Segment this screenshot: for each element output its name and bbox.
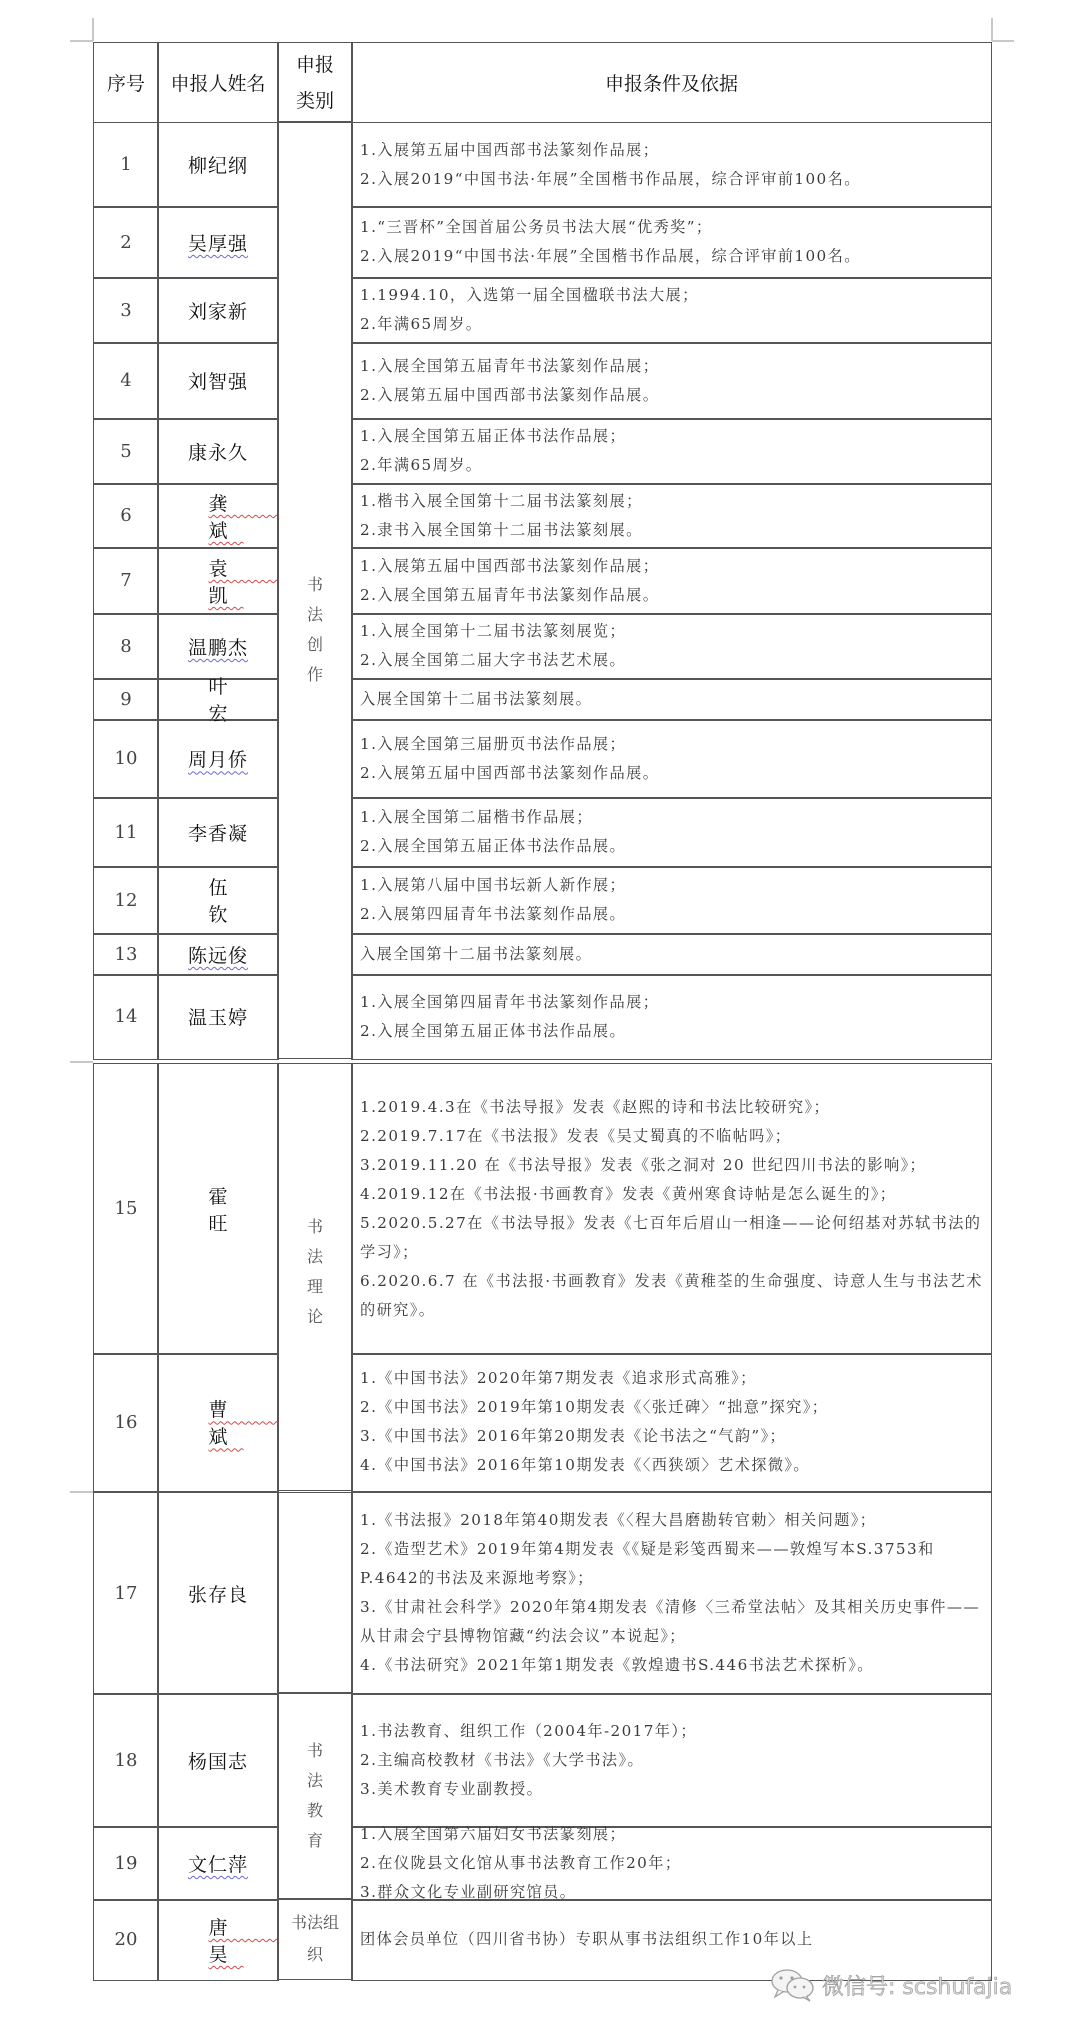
applicant-name: 吴厚强 xyxy=(188,229,248,256)
row-number: 5 xyxy=(120,441,131,462)
category-char: 教 xyxy=(307,1796,323,1826)
category-organization: 书法组织 xyxy=(277,1898,353,1980)
criteria-cell: 1.书法教育、组织工作（2004年-2017年）；2.主编高校教材《书法》《大学… xyxy=(351,1693,992,1828)
criteria-cell: 1.入展全国第六届妇女书法篆刻展；2.在仪陇县文化馆从事书法教育工作20年；3.… xyxy=(351,1826,992,1901)
category-theory: 书法理论 xyxy=(277,1063,353,1491)
category-education-label: 书法教育 xyxy=(307,1736,323,1856)
row-number-cell: 2 xyxy=(93,206,159,279)
applicant-name: 袁 凯 xyxy=(158,554,278,608)
header-name: 申报人姓名 xyxy=(157,42,279,123)
applicant-name: 陈远俊 xyxy=(188,941,248,968)
criteria-item: 1.1994.10，入选第一届全国楹联书法大展； xyxy=(360,281,699,310)
criteria-cell: 1.入展全国第五届正体书法作品展；2.年满65周岁。 xyxy=(351,418,992,485)
criteria-item: 1.入展全国第二届楷书作品展； xyxy=(360,803,626,832)
wechat-icon xyxy=(770,1968,816,2002)
row-number-cell: 16 xyxy=(93,1353,159,1492)
crop-mark-v-top xyxy=(92,18,94,41)
category-char: 理 xyxy=(307,1272,323,1302)
criteria-item: 3.2019.11.20 在《书法导报》发表《张之洞对 20 世纪四川书法的影响… xyxy=(360,1151,983,1180)
criteria-item: 3.《甘肃社会科学》2020年第4期发表《清修〈三希堂法帖〉及其相关历史事件——… xyxy=(360,1593,983,1651)
criteria-cell: 1.入展全国第五届青年书法篆刻作品展；2.入展第五届中国西部书法篆刻作品展。 xyxy=(351,342,992,420)
criteria-cell: 1.入展全国第二届楷书作品展；2.入展全国第五届正体书法作品展。 xyxy=(351,797,992,868)
criteria-list: 1.入展全国第二届楷书作品展；2.入展全国第五届正体书法作品展。 xyxy=(360,803,626,861)
criteria-cell: 1.《中国书法》2020年第7期发表《追求形式高雅》；2.《中国书法》2019年… xyxy=(351,1353,992,1492)
row-number-cell: 6 xyxy=(93,483,159,549)
applicant-name: 周月侨 xyxy=(188,745,248,772)
header-criteria: 申报条件及依据 xyxy=(351,42,992,123)
criteria-item: 1.入展第五届中国西部书法篆刻作品展； xyxy=(360,552,659,581)
applicant-name-cell: 陈远俊 xyxy=(157,933,279,976)
criteria-item: 2.在仪陇县文化馆从事书法教育工作20年； xyxy=(360,1849,681,1878)
row-number: 3 xyxy=(120,300,131,321)
criteria-cell: 1.入展第八届中国书坛新人新作展；2.入展第四届青年书法篆刻作品展。 xyxy=(351,866,992,935)
row-number-cell: 20 xyxy=(93,1899,159,1981)
row-number: 6 xyxy=(120,505,131,526)
page-break-line-2 xyxy=(70,1491,93,1493)
category-char: 书 xyxy=(307,570,323,600)
criteria-item: 1.楷书入展全国第十二届书法篆刻展； xyxy=(360,487,643,516)
criteria-list: 1.“三晋杯”全国首届公务员书法大展“优秀奖”；2.入展2019“中国书法·年展… xyxy=(360,213,861,271)
criteria-item: 1.“三晋杯”全国首届公务员书法大展“优秀奖”； xyxy=(360,213,861,242)
applicant-name-cell: 柳纪纲 xyxy=(157,122,279,208)
applicant-name-cell: 袁 凯 xyxy=(157,547,279,615)
category-char: 书 xyxy=(307,1736,323,1766)
row-number: 1 xyxy=(120,154,131,175)
criteria-item: 1.入展全国第三届册页书法作品展； xyxy=(360,730,659,759)
criteria-list: 1.入展全国第四届青年书法篆刻作品展；2.入展全国第五届正体书法作品展。 xyxy=(360,988,659,1046)
row-number: 2 xyxy=(120,232,131,253)
applicant-name: 伍 钦 xyxy=(158,873,278,927)
criteria-item: 2.入展全国第五届正体书法作品展。 xyxy=(360,832,626,861)
row-number: 15 xyxy=(115,1198,138,1219)
criteria-item: 团体会员单位（四川省书协）专职从事书法组织工作10年以上 xyxy=(360,1925,813,1954)
criteria-item: 1.入展第八届中国书坛新人新作展； xyxy=(360,871,626,900)
applicant-name: 霍 旺 xyxy=(158,1182,278,1236)
applicant-name: 杨国志 xyxy=(188,1747,248,1774)
row-number: 20 xyxy=(115,1929,138,1950)
applicant-name: 刘智强 xyxy=(188,367,248,394)
category-creation-label: 书法创作 xyxy=(307,570,323,690)
crop-mark-v-top-right xyxy=(991,18,993,41)
criteria-item: 2.年满65周岁。 xyxy=(360,451,626,480)
applicant-name-cell: 李香凝 xyxy=(157,797,279,868)
applicant-name: 龚 斌 xyxy=(158,489,278,543)
applicant-name-cell: 唐 昊 xyxy=(157,1899,279,1981)
row-number: 19 xyxy=(115,1853,138,1874)
row-number: 14 xyxy=(115,1006,138,1027)
wechat-watermark: 微信号: scshufajia xyxy=(770,1968,1012,2002)
applicant-name-cell: 温玉婷 xyxy=(157,974,279,1060)
row-number-cell: 7 xyxy=(93,547,159,615)
row-number-cell: 8 xyxy=(93,613,159,680)
criteria-list: 1.楷书入展全国第十二届书法篆刻展；2.隶书入展全国第十二届书法篆刻展。 xyxy=(360,487,643,545)
criteria-item: 2.《造型艺术》2019年第4期发表《《疑是彩笺西蜀来——敦煌写本S.3753和… xyxy=(360,1535,983,1593)
criteria-item: 2.入展第四届青年书法篆刻作品展。 xyxy=(360,900,626,929)
criteria-item: 3.美术教育专业副教授。 xyxy=(360,1775,697,1804)
row-number: 12 xyxy=(115,890,138,911)
applicant-name-cell: 霍 旺 xyxy=(157,1063,279,1355)
criteria-list: 入展全国第十二届书法篆刻展。 xyxy=(360,685,592,714)
applicant-name-cell: 叶 宏 xyxy=(157,678,279,721)
criteria-item: 1.《书法报》2018年第40期发表《〈程大昌磨勘转官勅〉相关问题》； xyxy=(360,1506,983,1535)
row-number: 8 xyxy=(120,636,131,657)
row-number-cell: 10 xyxy=(93,719,159,799)
criteria-item: 2.年满65周岁。 xyxy=(360,310,699,339)
criteria-list: 1.入展全国第五届正体书法作品展；2.年满65周岁。 xyxy=(360,422,626,480)
criteria-item: 2.入展第五届中国西部书法篆刻作品展。 xyxy=(360,759,659,788)
criteria-list: 1.《中国书法》2020年第7期发表《追求形式高雅》；2.《中国书法》2019年… xyxy=(360,1364,828,1480)
criteria-item: 1.2019.4.3在《书法导报》发表《赵熙的诗和书法比较研究》； xyxy=(360,1093,983,1122)
header-category-label: 申报类别 xyxy=(292,47,338,119)
applicant-name: 文仁萍 xyxy=(188,1850,248,1877)
criteria-list: 团体会员单位（四川省书协）专职从事书法组织工作10年以上 xyxy=(360,1925,813,1954)
criteria-item: 1.入展全国第四届青年书法篆刻作品展； xyxy=(360,988,659,1017)
row-number: 7 xyxy=(120,570,131,591)
row-number-cell: 17 xyxy=(93,1492,159,1695)
criteria-cell: 1.楷书入展全国第十二届书法篆刻展；2.隶书入展全国第十二届书法篆刻展。 xyxy=(351,483,992,549)
criteria-cell: 1.入展第五届中国西部书法篆刻作品展；2.入展2019“中国书法·年展”全国楷书… xyxy=(351,122,992,208)
applicant-name-cell: 曹 斌 xyxy=(157,1353,279,1492)
criteria-item: 2.《中国书法》2019年第10期发表《〈张迁碑〉“拙意”探究》； xyxy=(360,1393,828,1422)
criteria-list: 1.入展全国第五届青年书法篆刻作品展；2.入展第五届中国西部书法篆刻作品展。 xyxy=(360,352,659,410)
criteria-item: 2.入展第五届中国西部书法篆刻作品展。 xyxy=(360,381,659,410)
row-number-cell: 14 xyxy=(93,974,159,1060)
category-theory-label: 书法理论 xyxy=(307,1212,323,1332)
applicant-name-cell: 文仁萍 xyxy=(157,1826,279,1901)
applicant-name-cell: 龚 斌 xyxy=(157,483,279,549)
criteria-item: 入展全国第十二届书法篆刻展。 xyxy=(360,940,592,969)
header-seq-label: 序号 xyxy=(107,69,145,96)
watermark-text: 微信号: scshufajia xyxy=(822,1970,1012,2001)
criteria-cell: 1.入展全国第四届青年书法篆刻作品展；2.入展全国第五届正体书法作品展。 xyxy=(351,974,992,1060)
criteria-cell: 1.《书法报》2018年第40期发表《〈程大昌磨勘转官勅〉相关问题》；2.《造型… xyxy=(351,1492,992,1695)
criteria-item: 3.《中国书法》2016年第20期发表《论书法之“气韵”》； xyxy=(360,1422,828,1451)
header-criteria-label: 申报条件及依据 xyxy=(605,69,738,96)
row-number-cell: 9 xyxy=(93,678,159,721)
row-number-cell: 15 xyxy=(93,1063,159,1355)
criteria-item: 2.入展2019“中国书法·年展”全国楷书作品展，综合评审前100名。 xyxy=(360,242,861,271)
criteria-item: 2.入展全国第二届大字书法艺术展。 xyxy=(360,646,626,675)
criteria-item: 4.《中国书法》2016年第10期发表《〈西狭颂〉艺术探微》。 xyxy=(360,1451,828,1480)
criteria-item: 1.入展全国第六届妇女书法篆刻展； xyxy=(360,1820,681,1849)
page-break-line-1 xyxy=(70,1061,93,1063)
row-number: 9 xyxy=(120,689,131,710)
category-empty-17 xyxy=(277,1492,353,1694)
row-number: 16 xyxy=(115,1412,138,1433)
criteria-item: 1.入展第五届中国西部书法篆刻作品展； xyxy=(360,136,861,165)
criteria-cell: 1.入展全国第十二届书法篆刻展览；2.入展全国第二届大字书法艺术展。 xyxy=(351,613,992,680)
applicant-name-cell: 张存良 xyxy=(157,1492,279,1695)
criteria-list: 入展全国第十二届书法篆刻展。 xyxy=(360,940,592,969)
category-char: 法 xyxy=(307,600,323,630)
row-number-cell: 1 xyxy=(93,122,159,208)
criteria-cell: 入展全国第十二届书法篆刻展。 xyxy=(351,933,992,976)
applicant-name-cell: 吴厚强 xyxy=(157,206,279,279)
applicant-name-cell: 周月侨 xyxy=(157,719,279,799)
header-seq: 序号 xyxy=(93,42,159,123)
criteria-item: 1.入展全国第五届正体书法作品展； xyxy=(360,422,626,451)
criteria-cell: 1.2019.4.3在《书法导报》发表《赵熙的诗和书法比较研究》；2.2019.… xyxy=(351,1063,992,1355)
criteria-item: 2.隶书入展全国第十二届书法篆刻展。 xyxy=(360,516,643,545)
criteria-list: 1.2019.4.3在《书法导报》发表《赵熙的诗和书法比较研究》；2.2019.… xyxy=(360,1093,983,1325)
criteria-list: 1.入展全国第三届册页书法作品展；2.入展第五届中国西部书法篆刻作品展。 xyxy=(360,730,659,788)
category-organization-label: 书法组织 xyxy=(286,1907,344,1971)
applicant-name-cell: 杨国志 xyxy=(157,1693,279,1828)
header-category: 申报类别 xyxy=(277,42,353,123)
applicant-name: 温鹏杰 xyxy=(188,633,248,660)
category-char: 育 xyxy=(307,1826,323,1856)
applicant-name: 刘家新 xyxy=(188,297,248,324)
category-char: 论 xyxy=(307,1302,323,1332)
row-number-cell: 13 xyxy=(93,933,159,976)
row-number-cell: 11 xyxy=(93,797,159,868)
criteria-cell: 1.入展全国第三届册页书法作品展；2.入展第五届中国西部书法篆刻作品展。 xyxy=(351,719,992,799)
criteria-list: 1.入展全国第六届妇女书法篆刻展；2.在仪陇县文化馆从事书法教育工作20年；3.… xyxy=(360,1820,681,1907)
row-number-cell: 3 xyxy=(93,277,159,344)
crop-mark-h-top-right xyxy=(992,40,1014,42)
category-char: 书 xyxy=(307,1212,323,1242)
criteria-item: 1.入展全国第五届青年书法篆刻作品展； xyxy=(360,352,659,381)
applicant-name-cell: 刘家新 xyxy=(157,277,279,344)
criteria-list: 1.入展第八届中国书坛新人新作展；2.入展第四届青年书法篆刻作品展。 xyxy=(360,871,626,929)
criteria-list: 1.《书法报》2018年第40期发表《〈程大昌磨勘转官勅〉相关问题》；2.《造型… xyxy=(360,1506,983,1680)
criteria-cell: 1.“三晋杯”全国首届公务员书法大展“优秀奖”；2.入展2019“中国书法·年展… xyxy=(351,206,992,279)
row-number-cell: 19 xyxy=(93,1826,159,1901)
applicant-name-cell: 伍 钦 xyxy=(157,866,279,935)
category-char: 作 xyxy=(307,660,323,690)
criteria-item: 6.2020.6.7 在《书法报·书画教育》发表《黄稚荃的生命强度、诗意人生与书… xyxy=(360,1267,983,1325)
criteria-item: 2.2019.7.17在《书法报》发表《吴丈蜀真的不临帖吗》； xyxy=(360,1122,983,1151)
applicant-name: 李香凝 xyxy=(188,819,248,846)
crop-mark-h-top xyxy=(70,40,93,42)
criteria-cell: 1.入展第五届中国西部书法篆刻作品展；2.入展全国第五届青年书法篆刻作品展。 xyxy=(351,547,992,615)
applicant-name-cell: 刘智强 xyxy=(157,342,279,420)
applicant-name: 温玉婷 xyxy=(188,1003,248,1030)
criteria-item: 1.书法教育、组织工作（2004年-2017年）； xyxy=(360,1717,697,1746)
category-char: 创 xyxy=(307,630,323,660)
criteria-item: 2.入展全国第五届正体书法作品展。 xyxy=(360,1017,659,1046)
row-number: 11 xyxy=(115,822,138,843)
criteria-item: 4.2019.12在《书法报·书画教育》发表《黄州寒食诗帖是怎么诞生的》； xyxy=(360,1180,983,1209)
row-number-cell: 4 xyxy=(93,342,159,420)
criteria-item: 2.入展全国第五届青年书法篆刻作品展。 xyxy=(360,581,659,610)
row-number: 4 xyxy=(120,370,131,391)
header-name-label: 申报人姓名 xyxy=(170,69,265,96)
criteria-list: 1.入展第五届中国西部书法篆刻作品展；2.入展2019“中国书法·年展”全国楷书… xyxy=(360,136,861,194)
row-number: 10 xyxy=(115,748,138,769)
criteria-list: 1.1994.10，入选第一届全国楹联书法大展；2.年满65周岁。 xyxy=(360,281,699,339)
applicant-name-cell: 康永久 xyxy=(157,418,279,485)
criteria-item: 2.主编高校教材《书法》《大学书法》。 xyxy=(360,1746,697,1775)
row-number-cell: 5 xyxy=(93,418,159,485)
criteria-item: 2.入展2019“中国书法·年展”全国楷书作品展，综合评审前100名。 xyxy=(360,165,861,194)
criteria-list: 1.入展第五届中国西部书法篆刻作品展；2.入展全国第五届青年书法篆刻作品展。 xyxy=(360,552,659,610)
row-number: 17 xyxy=(115,1583,138,1604)
criteria-item: 1.入展全国第十二届书法篆刻展览； xyxy=(360,617,626,646)
criteria-item: 1.《中国书法》2020年第7期发表《追求形式高雅》； xyxy=(360,1364,828,1393)
criteria-list: 1.入展全国第十二届书法篆刻展览；2.入展全国第二届大字书法艺术展。 xyxy=(360,617,626,675)
row-number: 18 xyxy=(115,1750,138,1771)
category-creation: 书法创作 xyxy=(277,121,353,1059)
applicant-name-cell: 温鹏杰 xyxy=(157,613,279,680)
applicant-name: 唐 昊 xyxy=(158,1913,278,1967)
criteria-list: 1.书法教育、组织工作（2004年-2017年）；2.主编高校教材《书法》《大学… xyxy=(360,1717,697,1804)
applicant-name: 张存良 xyxy=(188,1580,248,1607)
criteria-item: 4.《书法研究》2021年第1期发表《敦煌遗书S.446书法艺术探析》。 xyxy=(360,1651,983,1680)
category-char: 法 xyxy=(307,1766,323,1796)
applicant-name: 康永久 xyxy=(188,438,248,465)
applicant-name: 曹 斌 xyxy=(158,1395,278,1449)
criteria-cell: 入展全国第十二届书法篆刻展。 xyxy=(351,678,992,721)
category-education: 书法教育 xyxy=(277,1692,353,1900)
criteria-item: 入展全国第十二届书法篆刻展。 xyxy=(360,685,592,714)
row-number-cell: 18 xyxy=(93,1693,159,1828)
criteria-item: 5.2020.5.27在《书法导报》发表《七百年后眉山一相逢——论何绍基对苏轼书… xyxy=(360,1209,983,1267)
row-number-cell: 12 xyxy=(93,866,159,935)
criteria-cell: 1.1994.10，入选第一届全国楹联书法大展；2.年满65周岁。 xyxy=(351,277,992,344)
category-char: 法 xyxy=(307,1242,323,1272)
row-number: 13 xyxy=(115,944,138,965)
applicant-name: 柳纪纲 xyxy=(188,151,248,178)
